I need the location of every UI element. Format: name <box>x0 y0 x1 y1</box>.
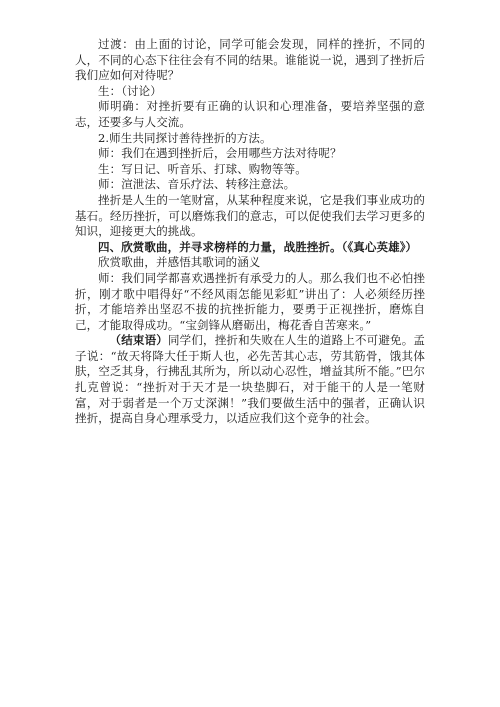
paragraph-student-answer: 生：写日记、听音乐、打球、购物等等。 <box>75 162 425 178</box>
paragraph-song-appreciation: 欣赏歌曲，并感悟其歌词的涵义 <box>75 255 425 271</box>
paragraph-teacher-clarify: 师明确：对挫折要有正确的认识和心理准备，要培养坚强的意志，还要多与人交流。 <box>75 99 425 130</box>
closing-label: （结束语） <box>110 333 168 347</box>
paragraph-closing: （结束语）同学们，挫折和失败在人生的道路上不可避免。孟子说：“故天将降大任于斯人… <box>75 333 425 427</box>
paragraph-student-discussion: 生：（讨论） <box>75 84 425 100</box>
document-page: 过渡：由上面的讨论，同学可能会发现，同样的挫折，不同的人，不同的心态下往往会有不… <box>75 37 425 427</box>
paragraph-wealth: 挫折是人生的一笔财富，从某种程度来说，它是我们事业成功的基石。经历挫折，可以磨炼… <box>75 193 425 240</box>
paragraph-transition: 过渡：由上面的讨论，同学可能会发现，同样的挫折，不同的人，不同的心态下往往会有不… <box>75 37 425 84</box>
paragraph-teacher-question: 师：我们在遇到挫折后，会用哪些方法对待呢？ <box>75 146 425 162</box>
paragraph-step-2: 2.师生共同探讨善待挫折的方法。 <box>75 131 425 147</box>
section-heading: 四、欣赏歌曲，并寻求榜样的力量，战胜挫折。（《真心英雄》） <box>75 240 425 256</box>
paragraph-teacher-methods: 师：渲泄法、音乐疗法、转移注意法。 <box>75 177 425 193</box>
paragraph-teacher-song: 师：我们同学都喜欢遇挫折有承受力的人。那么我们也不必怕挫折，刚才歌中唱得好“不经… <box>75 271 425 333</box>
